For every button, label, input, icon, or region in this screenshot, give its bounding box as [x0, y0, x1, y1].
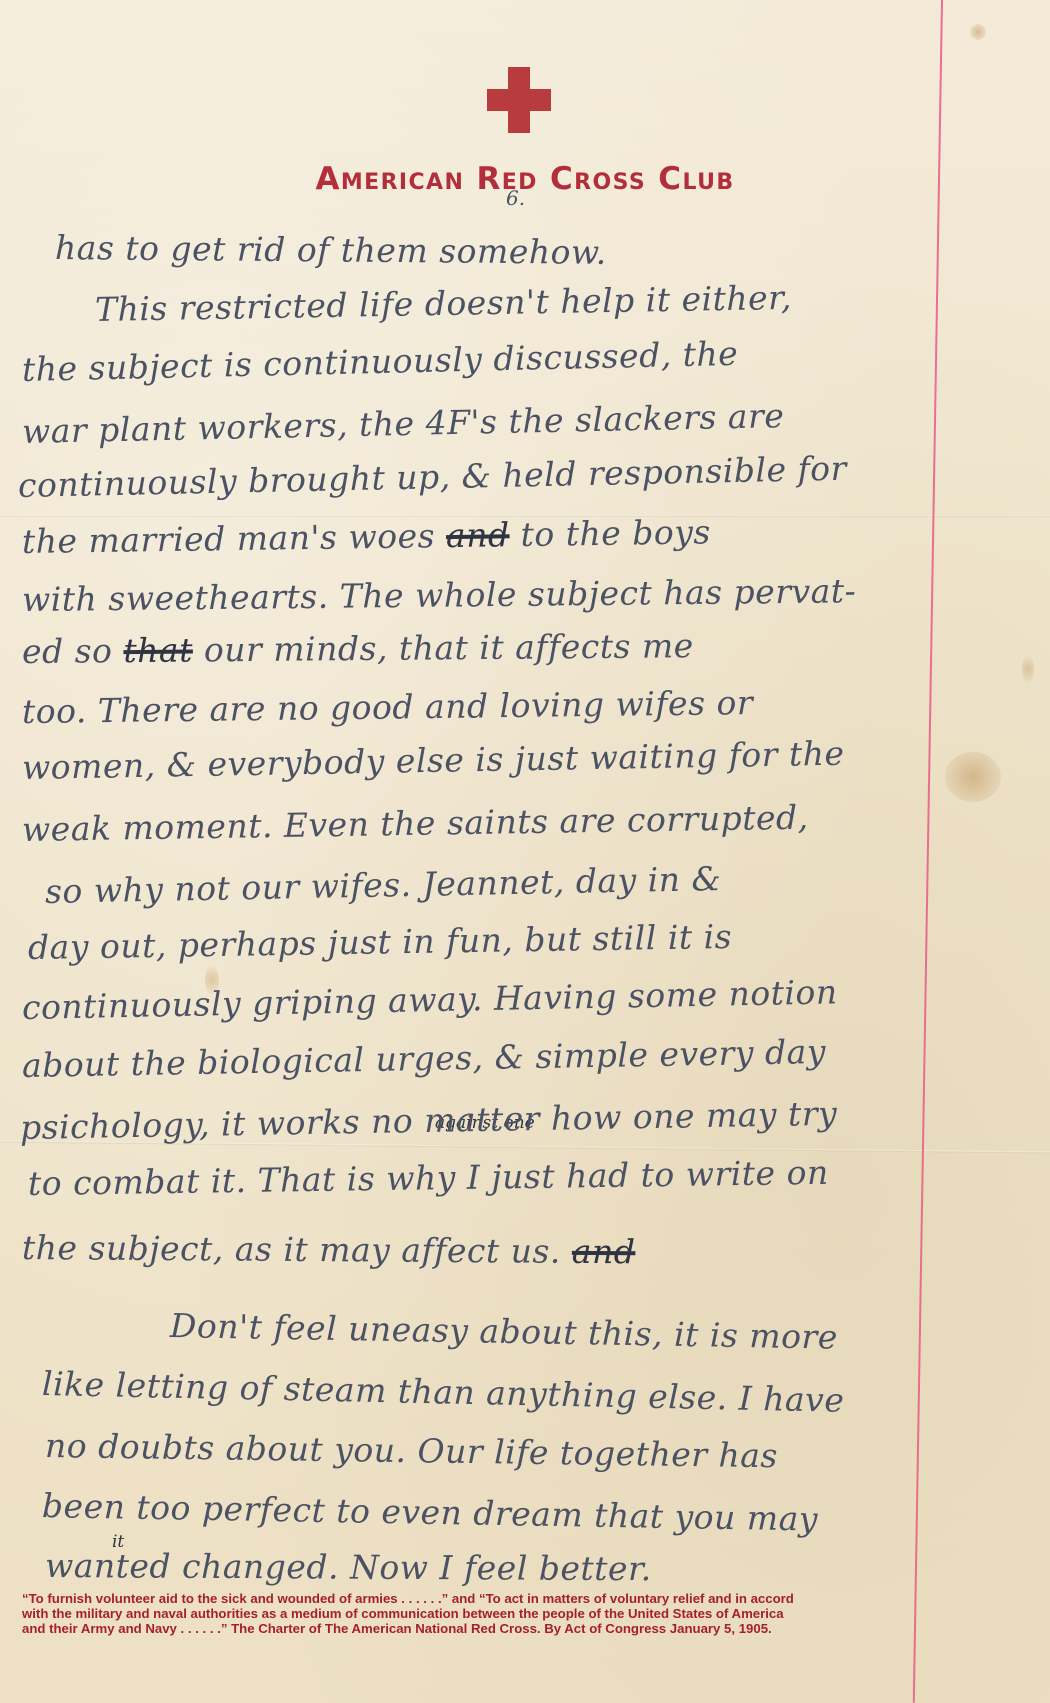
letter-line: women, & everybody else is just waiting …: [22, 734, 845, 788]
red-cross-icon: [487, 67, 551, 133]
letter-line: ed so that our minds, that it affects me: [22, 626, 694, 672]
line-text: the married man's woes: [22, 516, 447, 561]
letter-line: to combat it. That is why I just had to …: [28, 1153, 829, 1204]
letter-line: day out, perhaps just in fun, but still …: [28, 917, 733, 968]
footer-line: “To furnish volunteer aid to the sick an…: [22, 1591, 1028, 1606]
letter-line: been too perfect to even dream that you …: [42, 1486, 819, 1540]
letter-line: so why not our wifes. Jeannet, day in &: [45, 859, 722, 912]
letter-line: has to get rid of them somehow.: [55, 228, 607, 273]
page-number: 6.: [506, 186, 525, 210]
letter-line: like letting of steam than anything else…: [42, 1364, 845, 1421]
letter-line: wanted changed. Now I feel better.: [45, 1546, 652, 1589]
letter-line: no doubts about you. Our life together h…: [45, 1426, 778, 1476]
paper-stain: [970, 24, 986, 40]
letter-line: continuously griping away. Having some n…: [22, 972, 838, 1028]
letter-line: weak moment. Even the saints are corrupt…: [22, 798, 809, 850]
strikeout-text: that: [123, 631, 193, 671]
letter-line: the subject, as it may affect us. and: [22, 1228, 636, 1272]
charter-footer: “To furnish volunteer aid to the sick an…: [22, 1591, 1028, 1636]
footer-line: and their Army and Navy . . . . . .” The…: [22, 1621, 1028, 1636]
letter-line: the subject is continuously discussed, t…: [22, 334, 739, 390]
paper-stain: [945, 752, 1001, 802]
letter-line: war plant workers, the 4F's the slackers…: [22, 396, 785, 452]
strikeout-text: and: [572, 1232, 636, 1271]
margin-line: [913, 0, 943, 1703]
strikeout-text: and: [446, 515, 510, 555]
letter-line: This restricted life doesn't help it eit…: [95, 278, 792, 330]
letter-line: the married man's woes and to the boys: [22, 512, 711, 562]
paper-stain: [1022, 655, 1034, 683]
line-text: to the boys: [509, 512, 711, 554]
letter-line: Don't feel uneasy about this, it is more: [170, 1306, 839, 1358]
line-text: ed so: [22, 631, 124, 671]
letter-line: too. There are no good and loving wifes …: [22, 683, 754, 732]
letter-line: psichology, it works no matter how one m…: [20, 1094, 838, 1148]
letter-line: with sweethearts. The whole subject has …: [22, 571, 857, 620]
footer-line: with the military and naval authorities …: [22, 1606, 1028, 1621]
letter-page: American Red Cross Club 6. has to get ri…: [0, 0, 1050, 1703]
line-text: the subject, as it may affect us.: [22, 1228, 561, 1271]
letter-line: continuously brought up, & held responsi…: [18, 449, 848, 506]
line-text: [561, 1232, 572, 1271]
line-text: our minds, that it affects me: [193, 626, 694, 669]
letter-line: about the biological urges, & simple eve…: [22, 1032, 827, 1086]
